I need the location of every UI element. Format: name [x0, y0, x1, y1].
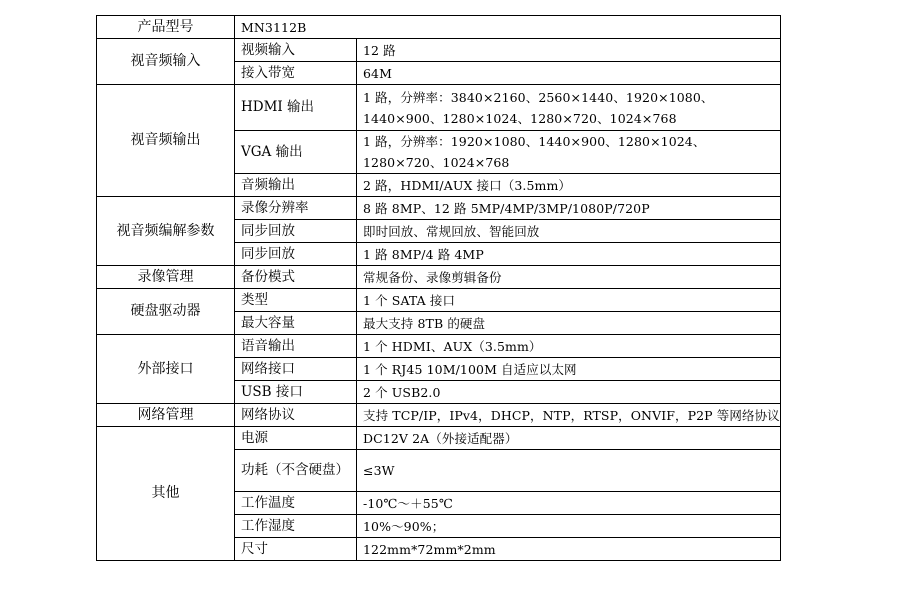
spec-value: 即时回放、常规回放、智能回放 [357, 220, 781, 243]
spec-value: 10%～90%； [357, 515, 781, 538]
category-av-input: 视音频输入 [97, 39, 235, 85]
spec-value: 1 个 SATA 接口 [357, 289, 781, 312]
category-recording-mgmt: 录像管理 [97, 266, 235, 289]
table-row: 视音频编解参数 录像分辨率 8 路 8MP、12 路 5MP/4MP/3MP/1… [97, 197, 781, 220]
spec-name: 视频输入 [235, 39, 357, 62]
spec-value: ≤3W [357, 450, 781, 492]
spec-value: 常规备份、录像剪辑备份 [357, 266, 781, 289]
spec-value: 2 个 USB2.0 [357, 381, 781, 404]
spec-name: VGA 输出 [235, 131, 357, 174]
table-row: 视音频输入 视频输入 12 路 [97, 39, 781, 62]
table-row: 其他 电源 DC12V 2A（外接适配器） [97, 427, 781, 450]
table-row: 视音频输出 HDMI 输出 1 路，分辨率：3840×2160、2560×144… [97, 85, 781, 131]
spec-name: 录像分辨率 [235, 197, 357, 220]
spec-name: 工作湿度 [235, 515, 357, 538]
spec-name: 工作温度 [235, 492, 357, 515]
spec-value: 最大支持 8TB 的硬盘 [357, 312, 781, 335]
spec-value: 2 路，HDMI/AUX 接口（3.5mm） [357, 174, 781, 197]
spec-value: 122mm*72mm*2mm [357, 538, 781, 561]
category-external-ports: 外部接口 [97, 335, 235, 404]
spec-value: 8 路 8MP、12 路 5MP/4MP/3MP/1080P/720P [357, 197, 781, 220]
spec-value: 支持 TCP/IP，IPv4，DHCP，NTP，RTSP，ONVIF，P2P 等… [357, 404, 781, 427]
spec-name: 接入带宽 [235, 62, 357, 85]
spec-name: 网络协议 [235, 404, 357, 427]
spec-value: 1 个 HDMI、AUX（3.5mm） [357, 335, 781, 358]
spec-name: 最大容量 [235, 312, 357, 335]
spec-name: 备份模式 [235, 266, 357, 289]
category-codec-params: 视音频编解参数 [97, 197, 235, 266]
spec-value: 1 路，分辨率：3840×2160、2560×1440、1920×1080、14… [357, 85, 781, 131]
spec-value: 12 路 [357, 39, 781, 62]
category-av-output: 视音频输出 [97, 85, 235, 197]
table-row-model: 产品型号 MN3112B [97, 16, 781, 39]
table-row: 硬盘驱动器 类型 1 个 SATA 接口 [97, 289, 781, 312]
spec-value: 1 路，分辨率：1920×1080、1440×900、1280×1024、128… [357, 131, 781, 174]
category-hdd: 硬盘驱动器 [97, 289, 235, 335]
spec-name: 同步回放 [235, 220, 357, 243]
spec-name: 类型 [235, 289, 357, 312]
spec-name: 电源 [235, 427, 357, 450]
spec-value: -10℃～＋55℃ [357, 492, 781, 515]
spec-name: USB 接口 [235, 381, 357, 404]
spec-name: 音频输出 [235, 174, 357, 197]
category-network-mgmt: 网络管理 [97, 404, 235, 427]
category-other: 其他 [97, 427, 235, 561]
spec-value: 64M [357, 62, 781, 85]
table-row: 外部接口 语音输出 1 个 HDMI、AUX（3.5mm） [97, 335, 781, 358]
model-value: MN3112B [235, 16, 781, 39]
spec-value: 1 个 RJ45 10M/100M 自适应以太网 [357, 358, 781, 381]
spec-name: 语音输出 [235, 335, 357, 358]
spec-name: 网络接口 [235, 358, 357, 381]
table-row: 网络管理 网络协议 支持 TCP/IP，IPv4，DHCP，NTP，RTSP，O… [97, 404, 781, 427]
spec-value: 1 路 8MP/4 路 4MP [357, 243, 781, 266]
model-label: 产品型号 [97, 16, 235, 39]
spec-table: 产品型号 MN3112B 视音频输入 视频输入 12 路 接入带宽 64M 视音… [96, 15, 781, 561]
spec-name: HDMI 输出 [235, 85, 357, 131]
spec-name: 同步回放 [235, 243, 357, 266]
spec-name: 尺寸 [235, 538, 357, 561]
spec-name: 功耗（不含硬盘） [235, 450, 357, 492]
table-row: 录像管理 备份模式 常规备份、录像剪辑备份 [97, 266, 781, 289]
spec-value: DC12V 2A（外接适配器） [357, 427, 781, 450]
